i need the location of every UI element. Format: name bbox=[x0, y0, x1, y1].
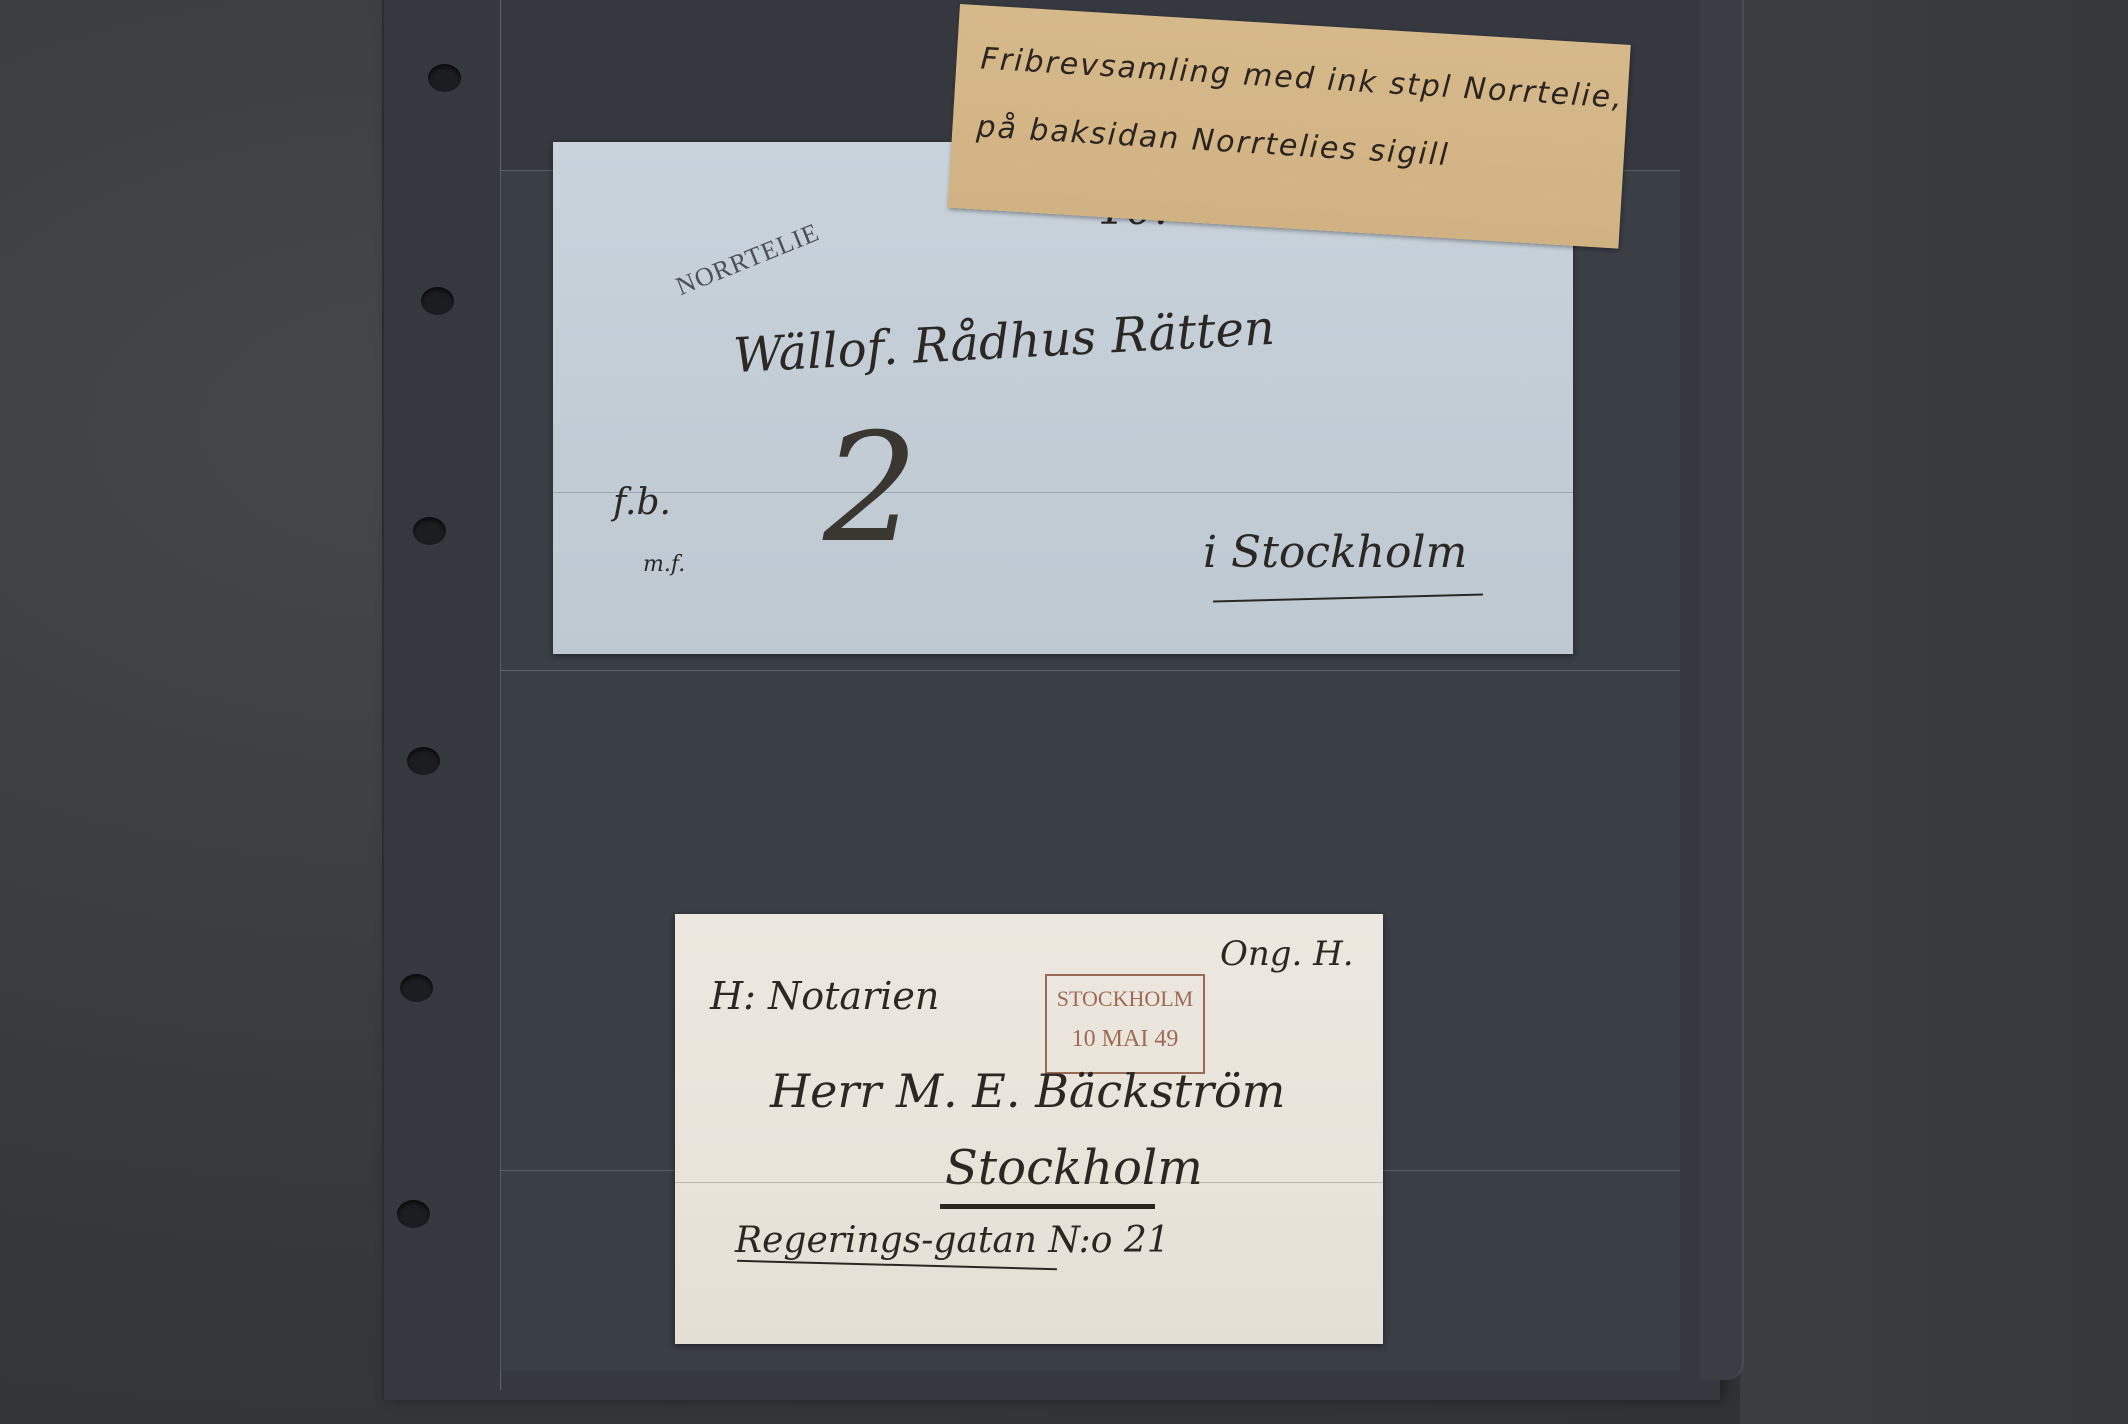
city-underline bbox=[1213, 593, 1483, 602]
title-line: H: Notarien bbox=[710, 974, 939, 1018]
corner-mark: Ong. H. bbox=[1220, 934, 1354, 974]
punch-hole bbox=[400, 974, 433, 1002]
fold-line bbox=[553, 492, 1573, 493]
side-notation-2: m.f. bbox=[643, 552, 685, 577]
postmark-stockholm: STOCKHOLM 10 MAI 49 bbox=[1045, 974, 1205, 1074]
note-line-2: på baksidan Norrtelies sigill bbox=[975, 109, 1450, 173]
punch-hole bbox=[428, 64, 461, 92]
postmark-date: 10 MAI 49 bbox=[1047, 1026, 1203, 1053]
album-page-edge bbox=[1700, 0, 1744, 1380]
address-city: i Stockholm bbox=[1203, 527, 1467, 578]
postmark-norrtelie: NORRTELIE bbox=[672, 217, 824, 302]
destination-city: Stockholm bbox=[945, 1140, 1203, 1196]
note-line-1: Fribrevsamling med ink stpl Norrtelie, bbox=[980, 41, 1625, 115]
large-numeral: 2 bbox=[823, 402, 918, 576]
album-scene: NORRTELIE 10. Wällof. Rådhus Rätten 2 f.… bbox=[0, 0, 2128, 1424]
handwritten-note-label: Fribrevsamling med ink stpl Norrtelie, p… bbox=[948, 4, 1631, 249]
side-notation: f.b. bbox=[613, 482, 671, 523]
street-address: Regerings-gatan N:o 21 bbox=[735, 1220, 1170, 1261]
street-underline bbox=[737, 1260, 1057, 1270]
addressee: Herr M. E. Bäckström bbox=[770, 1064, 1285, 1118]
address-line: Wällof. Rådhus Rätten bbox=[732, 300, 1276, 384]
punch-hole bbox=[407, 747, 440, 775]
punch-hole bbox=[397, 1200, 430, 1228]
postmark-city: STOCKHOLM bbox=[1047, 986, 1203, 1012]
punch-hole bbox=[413, 517, 446, 545]
city-underline bbox=[940, 1204, 1155, 1209]
cover-lower: STOCKHOLM 10 MAI 49 Ong. H. H: Notarien … bbox=[675, 914, 1383, 1344]
background-surface bbox=[1740, 0, 2128, 1424]
punch-hole bbox=[421, 287, 454, 315]
